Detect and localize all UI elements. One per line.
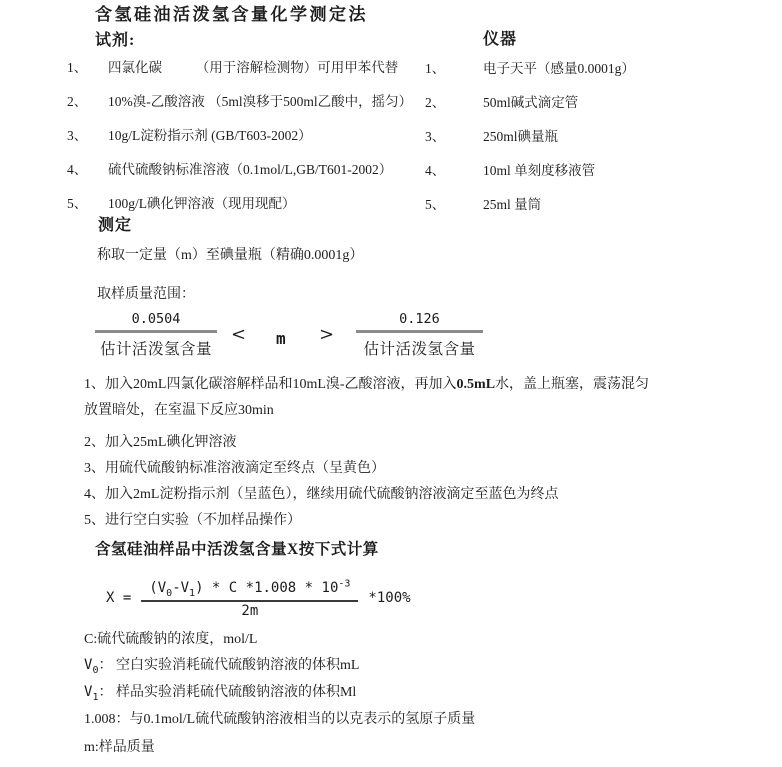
step-text-bold: 0.5mL bbox=[457, 377, 496, 392]
weigh-instruction: 称取一定量（m）至碘量瓶（精确0.0001g） bbox=[97, 247, 363, 265]
instrument-item-2: 2、50ml碱式滴定管 bbox=[425, 95, 578, 112]
item-text: 电子天平（感量0.0001g） bbox=[483, 61, 635, 76]
item-number: 2、 bbox=[425, 95, 483, 112]
step-2: 2、加入25mL碘化钾溶液 bbox=[84, 434, 236, 452]
reagents-header: 试剂: bbox=[95, 31, 135, 51]
step-text: 水，盖上瓶塞，震荡混匀 bbox=[495, 377, 649, 392]
item-number: 4、 bbox=[67, 162, 108, 179]
mass-variable: m bbox=[276, 329, 286, 349]
reagent-item-2: 2、10%溴-乙酸溶液 （5ml溴移于500ml乙酸中，摇匀） bbox=[67, 94, 412, 111]
item-text: 硫代硫酸钠标准溶液（0.1mol/L,GB/T601-2002） bbox=[108, 162, 392, 177]
instrument-item-1: 1、电子天平（感量0.0001g） bbox=[425, 61, 635, 78]
reagent-item-3: 3、10g/L淀粉指示剂 (GB/T603-2002） bbox=[67, 128, 312, 145]
step-4: 4、加入2mL淀粉指示剂（呈蓝色），继续用硫代硫酸钠溶液滴定至蓝色为终点 bbox=[84, 486, 558, 504]
range-left-fraction: 0.0504 估计活泼氢含量 bbox=[95, 311, 217, 359]
determination-header: 测定 bbox=[98, 216, 132, 236]
step-1-continuation: 放置暗处，在室温下反应30min bbox=[84, 402, 274, 420]
reagent-item-1: 1、四氯化碳 （用于溶解检测物）可用甲苯代替 bbox=[67, 60, 398, 77]
fraction-numerator: 0.0504 bbox=[95, 311, 217, 333]
range-right-fraction: 0.126 估计活泼氢含量 bbox=[356, 311, 483, 359]
calculation-header: 含氢硅油样品中活泼氢含量X按下式计算 bbox=[95, 540, 379, 559]
item-number: 3、 bbox=[67, 128, 108, 145]
item-number: 5、 bbox=[67, 196, 108, 213]
item-text: 10g/L淀粉指示剂 (GB/T603-2002） bbox=[108, 128, 312, 143]
item-number: 4、 bbox=[425, 163, 483, 180]
instruments-header: 仪器 bbox=[483, 30, 517, 50]
fraction-denominator: 估计活泼氢含量 bbox=[356, 333, 483, 359]
definition-m: m:样品质量 bbox=[84, 739, 155, 757]
definition-text: ： 空白实验消耗硫代硫酸钠溶液的体积mL bbox=[98, 658, 359, 673]
formula-lhs: X = bbox=[106, 590, 131, 608]
step-5: 5、进行空白实验（不加样品操作） bbox=[84, 512, 301, 530]
document-page: 含氢硅油活泼氢含量化学测定法 试剂: 仪器 1、四氯化碳 （用于溶解检测物）可用… bbox=[0, 0, 782, 767]
reagent-item-5: 5、100g/L碘化钾溶液（现用现配） bbox=[67, 196, 296, 213]
instrument-item-3: 3、250ml碘量瓶 bbox=[425, 129, 558, 146]
item-text: 250ml碘量瓶 bbox=[483, 129, 558, 144]
item-text: 10ml 单刻度移液管 bbox=[483, 163, 595, 178]
item-text: 25ml 量筒 bbox=[483, 197, 541, 212]
sampling-range-label: 取样质量范围： bbox=[97, 286, 195, 304]
item-number: 2、 bbox=[67, 94, 108, 111]
item-number: 1、 bbox=[425, 61, 483, 78]
item-number: 1、 bbox=[67, 60, 108, 77]
definition-v1: V1： 样品实验消耗硫代硫酸钠溶液的体积Ml bbox=[84, 684, 356, 704]
fraction-denominator: 估计活泼氢含量 bbox=[95, 333, 217, 359]
step-1: 1、加入20mL四氯化碳溶解样品和10mL溴-乙酸溶液，再加入0.5mL水，盖上… bbox=[84, 376, 649, 394]
definition-text: ： 样品实验消耗硫代硫酸钠溶液的体积Ml bbox=[98, 685, 356, 700]
formula-fraction: (V0-V1) * C *1.008 * 10-3 2m bbox=[141, 578, 358, 620]
page-title: 含氢硅油活泼氢含量化学测定法 bbox=[95, 4, 368, 25]
reagent-item-4: 4、硫代硫酸钠标准溶液（0.1mol/L,GB/T601-2002） bbox=[67, 162, 392, 179]
item-text: 100g/L碘化钾溶液（现用现配） bbox=[108, 196, 296, 211]
fraction-numerator: 0.126 bbox=[356, 311, 483, 333]
definition-v0: V0： 空白实验消耗硫代硫酸钠溶液的体积mL bbox=[84, 657, 359, 677]
item-number: 5、 bbox=[425, 197, 483, 214]
step-3: 3、用硫代硫酸钠标准溶液滴定至终点（呈黄色） bbox=[84, 460, 385, 478]
step-text: 1、加入20mL四氯化碳溶解样品和10mL溴-乙酸溶液，再加入 bbox=[84, 377, 457, 392]
greater-than-symbol: > bbox=[319, 324, 334, 347]
item-text: 四氯化碳 （用于溶解检测物）可用甲苯代替 bbox=[108, 60, 398, 75]
less-than-symbol: < bbox=[231, 324, 246, 347]
formula-numerator: (V0-V1) * C *1.008 * 10-3 bbox=[141, 580, 358, 602]
definition-1008: 1.008：与0.1mol/L硫代硫酸钠溶液相当的以克表示的氢原子质量 bbox=[84, 711, 475, 729]
formula-denominator: 2m bbox=[141, 600, 358, 621]
item-number: 3、 bbox=[425, 129, 483, 146]
item-text: 10%溴-乙酸溶液 （5ml溴移于500ml乙酸中，摇匀） bbox=[108, 94, 412, 109]
instrument-item-4: 4、10ml 单刻度移液管 bbox=[425, 163, 595, 180]
instrument-item-5: 5、25ml 量筒 bbox=[425, 197, 541, 214]
formula-rhs: *100% bbox=[368, 590, 410, 608]
calculation-formula: X = (V0-V1) * C *1.008 * 10-3 2m *100% bbox=[106, 578, 411, 620]
definition-c: C:硫代硫酸钠的浓度，mol/L bbox=[84, 631, 257, 649]
item-text: 50ml碱式滴定管 bbox=[483, 95, 578, 110]
